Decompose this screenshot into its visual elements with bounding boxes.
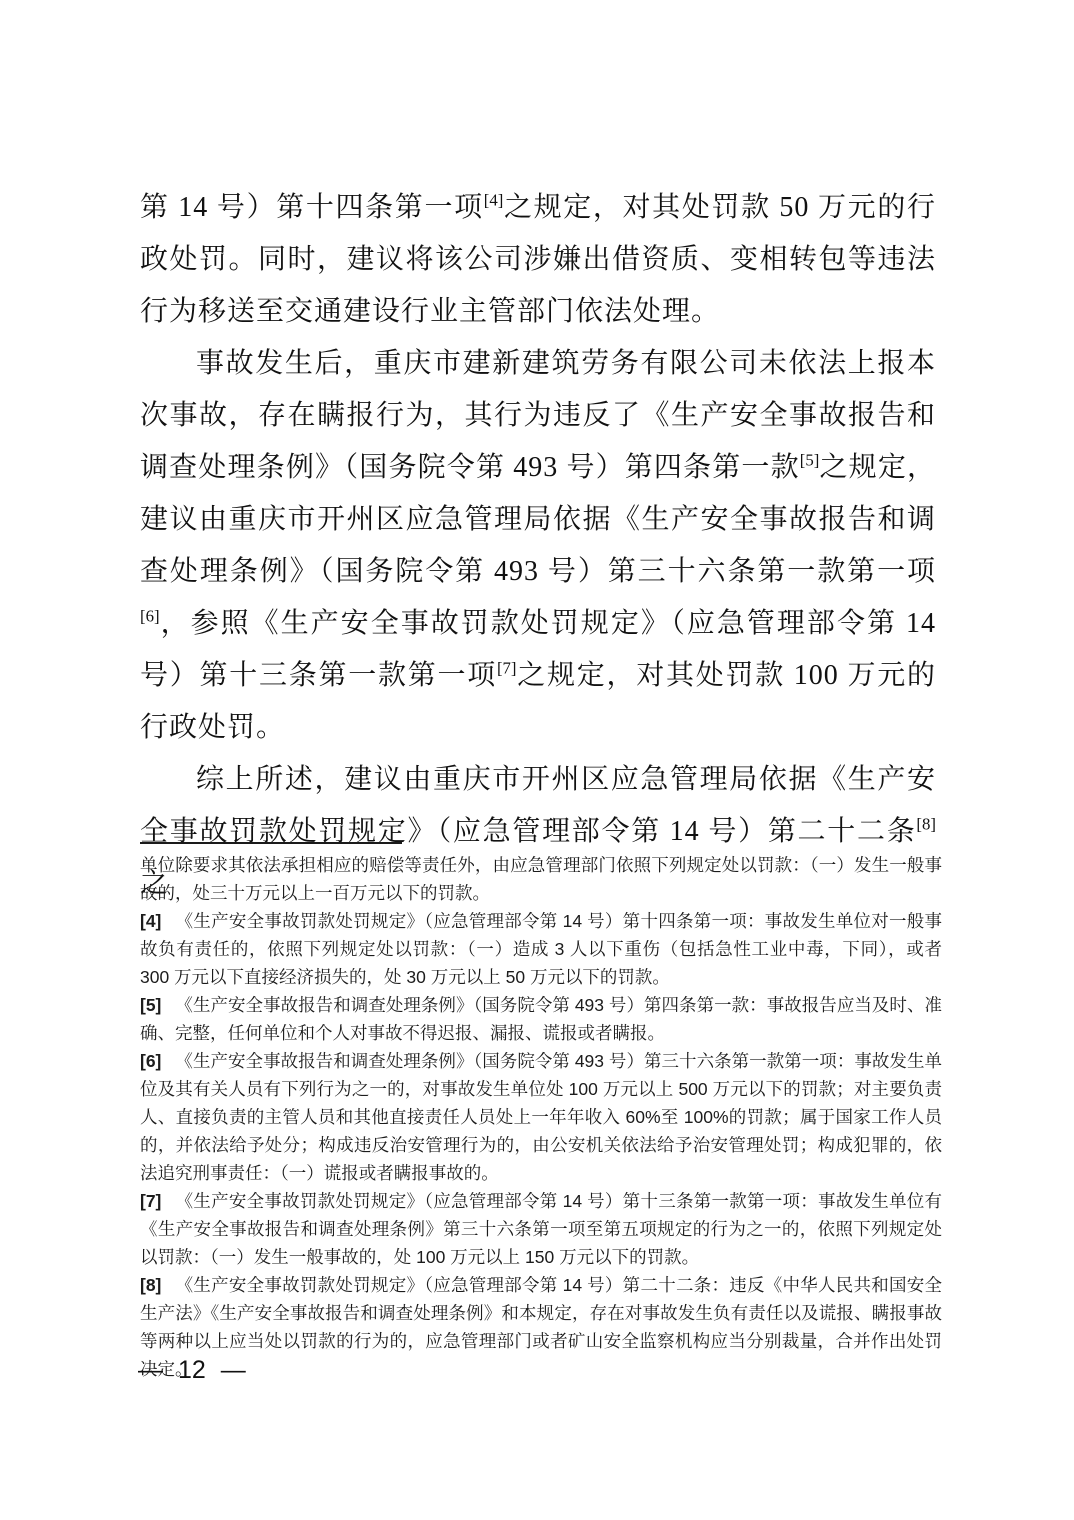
footnote-reference-5: [5] <box>800 451 820 470</box>
footnote-text: 《生产安全事故罚款处罚规定》（应急管理部令第 14 号）第十三条第一款第一项：事… <box>140 1191 942 1267</box>
footnote-5: [5]《生产安全事故报告和调查处理条例》（国务院令第 493 号）第四条第一款：… <box>140 991 942 1047</box>
body-text: 综上所述，建议由重庆市开州区应急管理局依据《生产安全事故罚款处罚规定》（应急管理… <box>140 764 936 847</box>
footnote-marker: [5] <box>140 995 161 1015</box>
footnote-text: 《生产安全事故罚款处罚规定》（应急管理部令第 14 号）第十四条第一项：事故发生… <box>140 911 942 987</box>
document-page: 第 14 号）第十四条第一项[4]之规定，对其处罚款 50 万元的行政处罚。同时… <box>0 0 1074 1520</box>
footnote-marker: [8] <box>140 1275 161 1295</box>
footnote-text: 《生产安全事故罚款处罚规定》（应急管理部令第 14 号）第二十二条：违反《中华人… <box>140 1275 942 1379</box>
footnote-continuation: 单位除要求其依法承担相应的赔偿等责任外，由应急管理部门依照下列规定处以罚款：（一… <box>140 851 942 907</box>
footnote-text: 《生产安全事故报告和调查处理条例》（国务院令第 493 号）第四条第一款：事故报… <box>140 995 942 1043</box>
footnote-7: [7]《生产安全事故罚款处罚规定》（应急管理部令第 14 号）第十三条第一款第一… <box>140 1187 942 1271</box>
footnotes-section: 单位除要求其依法承担相应的赔偿等责任外，由应急管理部门依照下列规定处以罚款：（一… <box>140 851 942 1383</box>
footnote-8: [8]《生产安全事故罚款处罚规定》（应急管理部令第 14 号）第二十二条：违反《… <box>140 1271 942 1383</box>
footnote-4: [4]《生产安全事故罚款处罚规定》（应急管理部令第 14 号）第十四条第一项：事… <box>140 907 942 991</box>
document-body: 第 14 号）第十四条第一项[4]之规定，对其处罚款 50 万元的行政处罚。同时… <box>140 182 936 910</box>
body-text: 第 14 号）第十四条第一项 <box>140 192 484 223</box>
footnote-separator-line <box>140 842 402 844</box>
footnote-marker: [7] <box>140 1191 161 1211</box>
footnote-marker: [4] <box>140 911 161 931</box>
footnote-reference-6: [6] <box>140 607 160 626</box>
footnote-marker: [6] <box>140 1051 161 1071</box>
footnote-text: 单位除要求其依法承担相应的赔偿等责任外，由应急管理部门依照下列规定处以罚款：（一… <box>140 855 942 903</box>
page-number: — 12 — <box>138 1356 246 1385</box>
footnote-text: 《生产安全事故报告和调查处理条例》（国务院令第 493 号）第三十六条第一款第一… <box>140 1051 942 1183</box>
footnote-reference-7: [7] <box>497 659 517 678</box>
footnote-6: [6]《生产安全事故报告和调查处理条例》（国务院令第 493 号）第三十六条第一… <box>140 1047 942 1187</box>
footnote-reference-8: [8] <box>916 815 936 834</box>
footnote-reference-4: [4] <box>484 191 504 210</box>
body-paragraph: 事故发生后，重庆市建新建筑劳务有限公司未依法上报本次事故，存在瞒报行为，其行为违… <box>140 338 936 754</box>
body-paragraph-continuation: 第 14 号）第十四条第一项[4]之规定，对其处罚款 50 万元的行政处罚。同时… <box>140 182 936 338</box>
